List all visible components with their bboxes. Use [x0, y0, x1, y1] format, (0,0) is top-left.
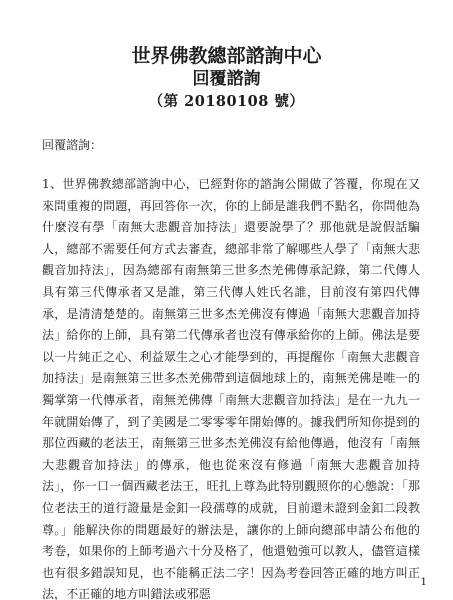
reply-section-label: 回覆諮詢：	[42, 137, 420, 153]
reply-paragraph: 1、世界佛教總部諮詢中心，已經對你的諮詢公開做了答覆，你現在又來問重複的問題，再…	[42, 174, 420, 600]
document-title: 世界佛教總部諮詢中心	[33, 44, 420, 68]
page-number: 1	[420, 576, 427, 588]
document-number: （第 20180108 號）	[33, 91, 420, 112]
document-subtitle: 回覆諮詢	[33, 68, 420, 91]
document-page: 世界佛教總部諮詢中心 回覆諮詢 （第 20180108 號） 回覆諮詢： 1、世…	[0, 0, 453, 600]
title-block: 世界佛教總部諮詢中心 回覆諮詢 （第 20180108 號）	[33, 44, 420, 112]
